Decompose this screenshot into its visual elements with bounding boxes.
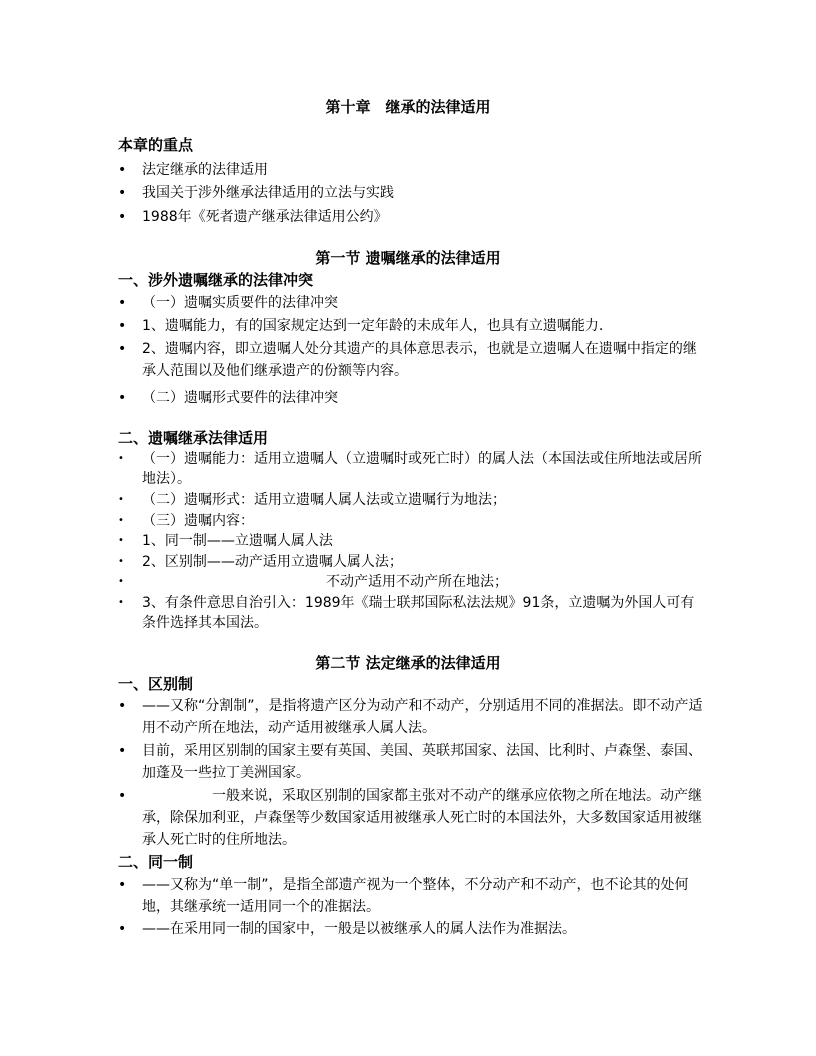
bullet-icon: • xyxy=(118,206,130,228)
key-point-item: • 法定继承的法律适用 xyxy=(118,159,708,181)
bullet-icon: • xyxy=(118,874,130,896)
section-2-part-1-heading: 一、区别制 xyxy=(118,674,193,694)
bullet-icon: • xyxy=(118,387,130,409)
bullet-icon: • xyxy=(118,511,130,531)
list-item: • 1、同一制——立遗嘱人属人法 xyxy=(118,531,708,551)
bullet-icon: • xyxy=(118,182,130,204)
key-point-item: • 我国关于涉外继承法律适用的立法与实践 xyxy=(118,182,708,204)
bullet-icon: • xyxy=(118,552,130,572)
bullet-icon: • xyxy=(118,531,130,551)
list-item: • （二）遗嘱形式：适用立遗嘱人属人法或立遗嘱行为地法； xyxy=(118,490,708,510)
list-item: • 3、有条件意思自治引入：1989年《瑞士联邦国际私法法规》91条，立遗嘱为外… xyxy=(118,593,708,633)
bullet-icon: • xyxy=(118,695,130,717)
list-item: • 1、遗嘱能力，有的国家规定达到一定年龄的未成年人，也具有立遗嘱能力. xyxy=(118,315,708,337)
bullet-icon: • xyxy=(118,593,130,613)
bullet-icon: • xyxy=(118,740,130,762)
section-1-part-1-heading: 一、涉外遗嘱继承的法律冲突 xyxy=(118,270,313,290)
bullet-icon: • xyxy=(118,338,130,360)
bullet-icon: • xyxy=(118,572,130,592)
section-2-title: 第二节 法定继承的法律适用 xyxy=(0,653,816,673)
list-item: • 一般来说，采取区别制的国家都主张对不动产的继承应依物之所在地法。动产继承，除… xyxy=(118,785,708,851)
bullet-icon: • xyxy=(118,159,130,181)
list-item: • （一）遗嘱实质要件的法律冲突 xyxy=(118,292,708,314)
list-item: • ——又称为“单一制”，是指全部遗产视为一个整体，不分动产和不动产，也不论其的… xyxy=(118,874,708,918)
key-point-item: • 1988年《死者遗产继承法律适用公约》 xyxy=(118,206,708,228)
section-1-title: 第一节 遗嘱继承的法律适用 xyxy=(0,248,816,268)
document-page: 第十章 继承的法律适用 本章的重点 • 法定继承的法律适用 • 我国关于涉外继承… xyxy=(0,0,816,1056)
list-item: • 不动产适用不动产所在地法； xyxy=(118,572,708,592)
section-2-part-2-heading: 二、同一制 xyxy=(118,852,193,872)
bullet-icon: • xyxy=(118,918,130,940)
chapter-title: 第十章 继承的法律适用 xyxy=(0,97,816,117)
bullet-icon: • xyxy=(118,315,130,337)
list-item: • ——在采用同一制的国家中，一般是以被继承人的属人法作为准据法。 xyxy=(118,918,708,940)
bullet-icon: • xyxy=(118,785,130,807)
list-item: • 目前，采用区别制的国家主要有英国、美国、英联邦国家、法国、比利时、卢森堡、泰… xyxy=(118,740,708,784)
list-item: • （二）遗嘱形式要件的法律冲突 xyxy=(118,387,708,409)
list-item: • 2、遗嘱内容，即立遗嘱人处分其遗产的具体意思表示，也就是立遗嘱人在遗嘱中指定… xyxy=(118,338,708,382)
bullet-icon: • xyxy=(118,490,130,510)
list-item: • （三）遗嘱内容： xyxy=(118,511,708,531)
list-item: • 2、区别制——动产适用立遗嘱人属人法； xyxy=(118,552,708,572)
list-item: • ——又称“分割制”，是指将遗产区分为动产和不动产，分别适用不同的准据法。即不… xyxy=(118,695,708,739)
bullet-icon: • xyxy=(118,292,130,314)
list-item: • （一）遗嘱能力：适用立遗嘱人（立遗嘱时或死亡时）的属人法（本国法或住所地法或… xyxy=(118,449,708,489)
section-1-part-2-heading: 二、遗嘱继承法律适用 xyxy=(118,428,268,448)
bullet-icon: • xyxy=(118,449,130,469)
key-points-heading: 本章的重点 xyxy=(118,135,193,155)
